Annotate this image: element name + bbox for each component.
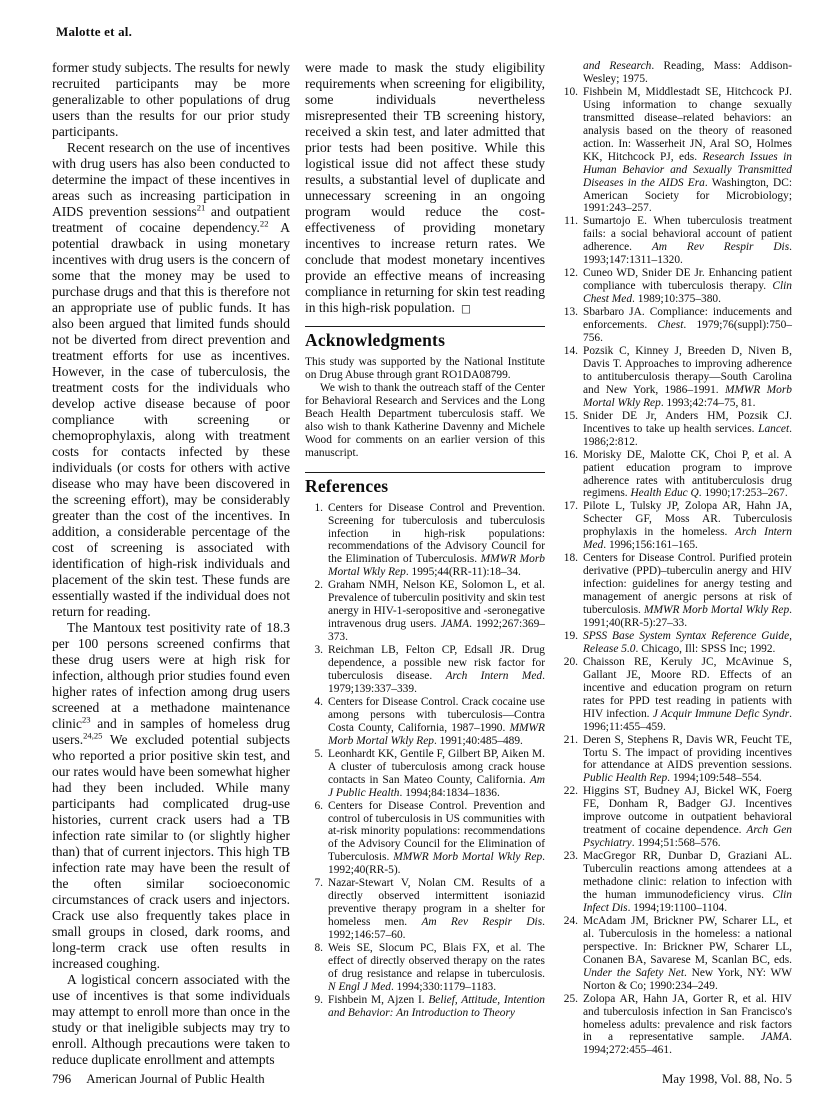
italic-text: JAMA	[441, 618, 469, 630]
references-heading: References	[305, 476, 545, 497]
reference-item: 6.Centers for Disease Control. Preventio…	[305, 800, 545, 878]
italic-text: and Research	[583, 60, 651, 72]
reference-number: 21.	[560, 734, 583, 786]
reference-text: Pilote L, Tulsky JP, Zolopa AR, Hahn JA,…	[583, 500, 792, 552]
reference-text: Reichman LB, Felton CP, Edsall JR. Drug …	[328, 644, 545, 696]
reference-number: 5.	[305, 748, 328, 800]
italic-text: SPSS Base System Syntax Reference Guide,…	[583, 630, 792, 655]
italic-text: J Acquir Immune Defic Syndr	[653, 708, 789, 720]
reference-item: 7.Nazar-Stewart V, Nolan CM. Results of …	[305, 877, 545, 942]
acknowledgments-heading: Acknowledgments	[305, 330, 545, 351]
reference-item: 14.Pozsik C, Kinney J, Breeden D, Niven …	[560, 345, 792, 410]
reference-number: 10.	[560, 86, 583, 216]
reference-item: 17.Pilote L, Tulsky JP, Zolopa AR, Hahn …	[560, 500, 792, 552]
column-2: were made to mask the study eligibility …	[305, 60, 545, 1020]
italic-text: Belief, Attitude, Intention and Behavior…	[328, 994, 545, 1019]
paragraph: We wish to thank the outreach staff of t…	[305, 382, 545, 460]
reference-item: 4.Centers for Disease Control. Crack coc…	[305, 696, 545, 748]
italic-text: Public Health Rep	[583, 772, 667, 784]
end-of-article-mark: □	[461, 303, 471, 315]
reference-number: 22.	[560, 785, 583, 850]
reference-text: Nazar-Stewart V, Nolan CM. Results of a …	[328, 877, 545, 942]
reference-item: 9.Fishbein M, Ajzen I. Belief, Attitude,…	[305, 994, 545, 1020]
reference-text: Fishbein M, Middlestadt SE, Hitchcock PJ…	[583, 86, 792, 216]
reference-item: 21.Deren S, Stephens R, Davis WR, Feucht…	[560, 734, 792, 786]
italic-text: Arch Gen Psychiatry	[583, 824, 792, 849]
reference-text: Morisky DE, Malotte CK, Choi P, et al. A…	[583, 449, 792, 501]
reference-text: Graham NMH, Nelson KE, Solomon L, et al.…	[328, 579, 545, 644]
reference-number: 23.	[560, 850, 583, 915]
reference-number: 24.	[560, 915, 583, 993]
italic-text: Research Issues in Human Behavior and Se…	[583, 151, 792, 189]
column-1-discussion-text: former study subjects. The results for n…	[52, 60, 290, 1068]
reference-item: 18.Centers for Disease Control. Purified…	[560, 552, 792, 630]
reference-number: 1.	[305, 502, 328, 580]
reference-number: 14.	[560, 345, 583, 410]
italic-text: JAMA	[761, 1031, 789, 1043]
reference-number: 12.	[560, 267, 583, 306]
journal-page: Malotte et al. former study subjects. Th…	[0, 0, 816, 1113]
reference-number: 4.	[305, 696, 328, 748]
reference-item: 16.Morisky DE, Malotte CK, Choi P, et al…	[560, 449, 792, 501]
reference-item: 1.Centers for Disease Control and Preven…	[305, 502, 545, 580]
reference-text: Pozsik C, Kinney J, Breeden D, Niven B, …	[583, 345, 792, 410]
reference-number: 13.	[560, 306, 583, 345]
italic-text: MMWR Morb Mortal Wkly Rep	[644, 604, 789, 616]
reference-item: 3.Reichman LB, Felton CP, Edsall JR. Dru…	[305, 644, 545, 696]
reference-text: Centers for Disease Control. Crack cocai…	[328, 696, 545, 748]
reference-item: 24.McAdam JM, Brickner PW, Scharer LL, e…	[560, 915, 792, 993]
reference-number: 19.	[560, 630, 583, 656]
italic-text: Am Rev Respir Dis	[421, 916, 542, 928]
reference-item: 10.Fishbein M, Middlestadt SE, Hitchcock…	[560, 86, 792, 216]
paragraph: This study was supported by the National…	[305, 356, 545, 382]
citation-superscript: 21	[197, 203, 206, 213]
italic-text: Under the Safety Net	[583, 967, 684, 979]
reference-item: 13.Sbarbaro JA. Compliance: inducements …	[560, 306, 792, 345]
reference-text: and Research. Reading, Mass: Addison-Wes…	[583, 60, 792, 86]
content-columns: former study subjects. The results for n…	[52, 60, 792, 1068]
section-divider-line	[305, 472, 545, 473]
reference-item: 5.Leonhardt KK, Gentile F, Gilbert BP, A…	[305, 748, 545, 800]
column-2-discussion-text: were made to mask the study eligibility …	[305, 60, 545, 317]
italic-text: Lancet	[758, 423, 789, 435]
reference-item: 20.Chaisson RE, Keruly JC, McAvinue S, G…	[560, 656, 792, 734]
footer-left: 796American Journal of Public Health	[52, 1072, 265, 1087]
column-3-references-list-part2: and Research. Reading, Mass: Addison-Wes…	[560, 60, 792, 1057]
citation-superscript: 23	[82, 715, 91, 725]
italic-text: MMWR Morb Mortal Wkly Rep	[583, 384, 792, 409]
reference-item: 12.Cuneo WD, Snider DE Jr. Enhancing pat…	[560, 267, 792, 306]
italic-text: Chest	[657, 319, 683, 331]
reference-text: Centers for Disease Control. Purified pr…	[583, 552, 792, 630]
italic-text: Arch Intern Med	[583, 526, 792, 551]
running-head: Malotte et al.	[56, 24, 132, 40]
italic-text: Health Educ Q	[630, 487, 698, 499]
reference-text: MacGregor RR, Dunbar D, Graziani AL. Tub…	[583, 850, 792, 915]
paragraph: were made to mask the study eligibility …	[305, 60, 545, 317]
reference-item: 19.SPSS Base System Syntax Reference Gui…	[560, 630, 792, 656]
paragraph: former study subjects. The results for n…	[52, 60, 290, 140]
reference-continuation: and Research. Reading, Mass: Addison-Wes…	[560, 60, 792, 86]
reference-text: Deren S, Stephens R, Davis WR, Feucht TE…	[583, 734, 792, 786]
reference-item: 15.Snider DE Jr, Anders HM, Pozsik CJ. I…	[560, 410, 792, 449]
italic-text: MMWR Morb Mortal Wkly Rep	[393, 851, 542, 863]
paragraph: A logistical concern associated with the…	[52, 972, 290, 1068]
citation-superscript: 22	[260, 219, 269, 229]
reference-text: McAdam JM, Brickner PW, Scharer LL, et a…	[583, 915, 792, 993]
italic-text: Arch Intern Med	[446, 670, 543, 682]
reference-text: Centers for Disease Control. Prevention …	[328, 800, 545, 878]
italic-text: MMWR Morb Mortal Wkly Rep	[328, 722, 545, 747]
reference-item: 2.Graham NMH, Nelson KE, Solomon L, et a…	[305, 579, 545, 644]
reference-item: 25.Zolopa AR, Hahn JA, Gorter R, et al. …	[560, 993, 792, 1058]
italic-text: N Engl J Med	[328, 981, 391, 993]
reference-item: 22.Higgins ST, Budney AJ, Bickel WK, Foe…	[560, 785, 792, 850]
acknowledgments-body: This study was supported by the National…	[305, 356, 545, 460]
reference-number: 3.	[305, 644, 328, 696]
reference-text: Centers for Disease Control and Preventi…	[328, 502, 545, 580]
section-divider-line	[305, 326, 545, 327]
references-list-part1: 1.Centers for Disease Control and Preven…	[305, 502, 545, 1020]
reference-item: 8.Weis SE, Slocum PC, Blais FX, et al. T…	[305, 942, 545, 994]
reference-item: 11.Sumartojo E. When tuberculosis treatm…	[560, 215, 792, 267]
reference-number: 17.	[560, 500, 583, 552]
reference-text: Sbarbaro JA. Compliance: inducements and…	[583, 306, 792, 345]
journal-name: American Journal of Public Health	[86, 1072, 264, 1086]
reference-text: Higgins ST, Budney AJ, Bickel WK, Foerg …	[583, 785, 792, 850]
reference-text: Cuneo WD, Snider DE Jr. Enhancing patien…	[583, 267, 792, 306]
reference-number: 7.	[305, 877, 328, 942]
reference-text: Zolopa AR, Hahn JA, Gorter R, et al. HIV…	[583, 993, 792, 1058]
reference-number: 2.	[305, 579, 328, 644]
paragraph: Recent research on the use of incentives…	[52, 140, 290, 620]
reference-text: Chaisson RE, Keruly JC, McAvinue S, Gall…	[583, 656, 792, 734]
citation-superscript: 24,25	[83, 731, 102, 741]
italic-text: Clin Infect Dis	[583, 889, 792, 914]
paragraph: The Mantoux test positivity rate of 18.3…	[52, 620, 290, 972]
page-number: 796	[52, 1072, 71, 1086]
reference-text: Fishbein M, Ajzen I. Belief, Attitude, I…	[328, 994, 545, 1020]
reference-item: 23.MacGregor RR, Dunbar D, Graziani AL. …	[560, 850, 792, 915]
reference-text: Sumartojo E. When tuberculosis treatment…	[583, 215, 792, 267]
reference-number: 11.	[560, 215, 583, 267]
reference-text: SPSS Base System Syntax Reference Guide,…	[583, 630, 792, 656]
reference-number: 20.	[560, 656, 583, 734]
reference-number: 8.	[305, 942, 328, 994]
reference-text: Weis SE, Slocum PC, Blais FX, et al. The…	[328, 942, 545, 994]
italic-text: Clin Chest Med	[583, 280, 792, 305]
issue-info: May 1998, Vol. 88, No. 5	[662, 1072, 792, 1087]
page-footer: 796American Journal of Public Health May…	[52, 1072, 792, 1087]
reference-number: 6.	[305, 800, 328, 878]
reference-number: 9.	[305, 994, 328, 1020]
reference-number: 25.	[560, 993, 583, 1058]
reference-text: Snider DE Jr, Anders HM, Pozsik CJ. Ince…	[583, 410, 792, 449]
italic-text: Am J Public Health	[328, 774, 545, 799]
italic-text: MMWR Morb Mortal Wkly Rep	[328, 553, 545, 578]
reference-number: 16.	[560, 449, 583, 501]
italic-text: Am Rev Respir Dis	[652, 241, 789, 253]
reference-number: 15.	[560, 410, 583, 449]
reference-text: Leonhardt KK, Gentile F, Gilbert BP, Aik…	[328, 748, 545, 800]
reference-number	[560, 60, 583, 86]
reference-number: 18.	[560, 552, 583, 630]
